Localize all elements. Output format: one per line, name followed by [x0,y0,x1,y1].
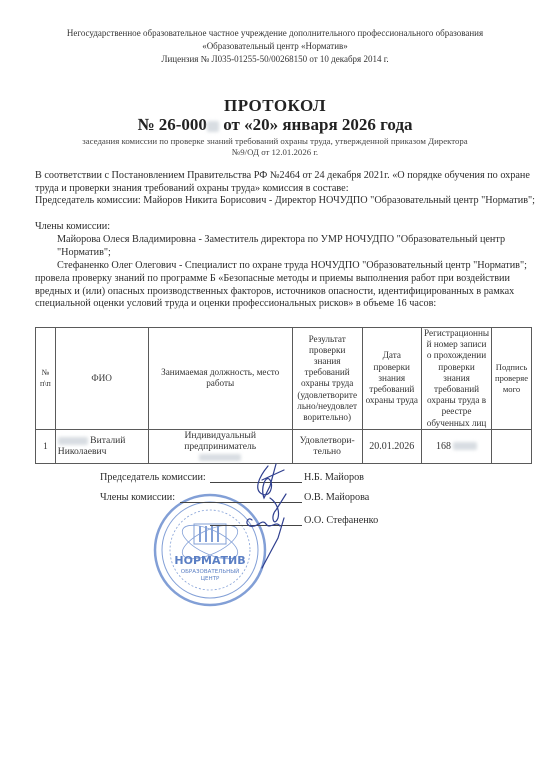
header-position: Занимаемая должность, место работы [148,328,292,430]
doc-title: ПРОТОКОЛ [0,96,550,116]
chairman-paragraph: Председатель комиссии: Майоров Никита Бо… [35,195,535,208]
license-line: Лицензия № Л035-01255-50/00268150 от 10 … [0,53,550,66]
cell-signature [492,429,532,463]
cell-num: 1 [36,429,56,463]
subtitle-line1: заседания комиссии по проверке знаний тр… [0,136,550,147]
intro-paragraph: В соответствии с Постановлением Правител… [35,170,535,195]
header-signature: Подпись проверяе мого [492,328,532,430]
redacted-workplace [199,454,241,461]
redacted-surname [58,437,88,445]
member2-paragraph: Стефаненко Олег Олегович - Специалист по… [35,260,535,273]
redacted-number [207,121,219,132]
protocol-date: от «20» января 2026 года [219,115,413,134]
header-result: Результат проверки знания требований охр… [292,328,362,430]
position-text: Индивидуальный предприниматель [184,430,256,452]
cell-reg-number: 168 [422,429,492,463]
members-sig-label: Члены комиссии: [100,492,175,503]
header-num: № п\п [36,328,56,430]
cell-date: 20.01.2026 [362,429,421,463]
reg-prefix: 168 [436,441,451,452]
chairman-sig-name: Н.Б. Майоров [304,472,364,483]
chairman-sig-label: Председатель комиссии: [100,472,206,483]
subtitle-line2: №9/ОД от 12.01.2026 г. [0,147,550,158]
results-table: № п\п ФИО Занимаемая должность, место ра… [35,327,532,464]
stamp-sub2: ЦЕНТР [201,576,220,582]
protocol-number-prefix: № 26-000 [137,115,207,134]
cell-name: Виталий Николаевич [55,429,148,463]
handwritten-signatures [240,458,310,588]
member1-sig-name: О.В. Майорова [304,492,369,503]
stamp-sub1: ОБРАЗОВАТЕЛЬНЫЙ [181,568,239,575]
protocol-number: № 26-000 от «20» января 2026 года [0,115,550,135]
header-date: Дата проверки знания требований охраны т… [362,328,421,430]
header-name: ФИО [55,328,148,430]
members-label: Члены комиссии: [35,221,535,234]
org-name-line2: «Образовательный центр «Норматив» [0,40,550,53]
stamp-main-text: НОРМАТИВ [174,554,245,567]
member2-sig-name: О.О. Стефаненко [304,515,378,526]
program-paragraph: провела проверку знаний по программе Б «… [35,273,535,311]
redacted-reg-number [453,442,477,450]
header-reg-number: Регистрационны й номер записи о прохожде… [422,328,492,430]
member1-paragraph: Майорова Олеся Владимировна - Заместител… [35,234,535,259]
table-header-row: № п\п ФИО Занимаемая должность, место ра… [36,328,532,430]
org-name-line1: Негосударственное образовательное частно… [0,27,550,40]
